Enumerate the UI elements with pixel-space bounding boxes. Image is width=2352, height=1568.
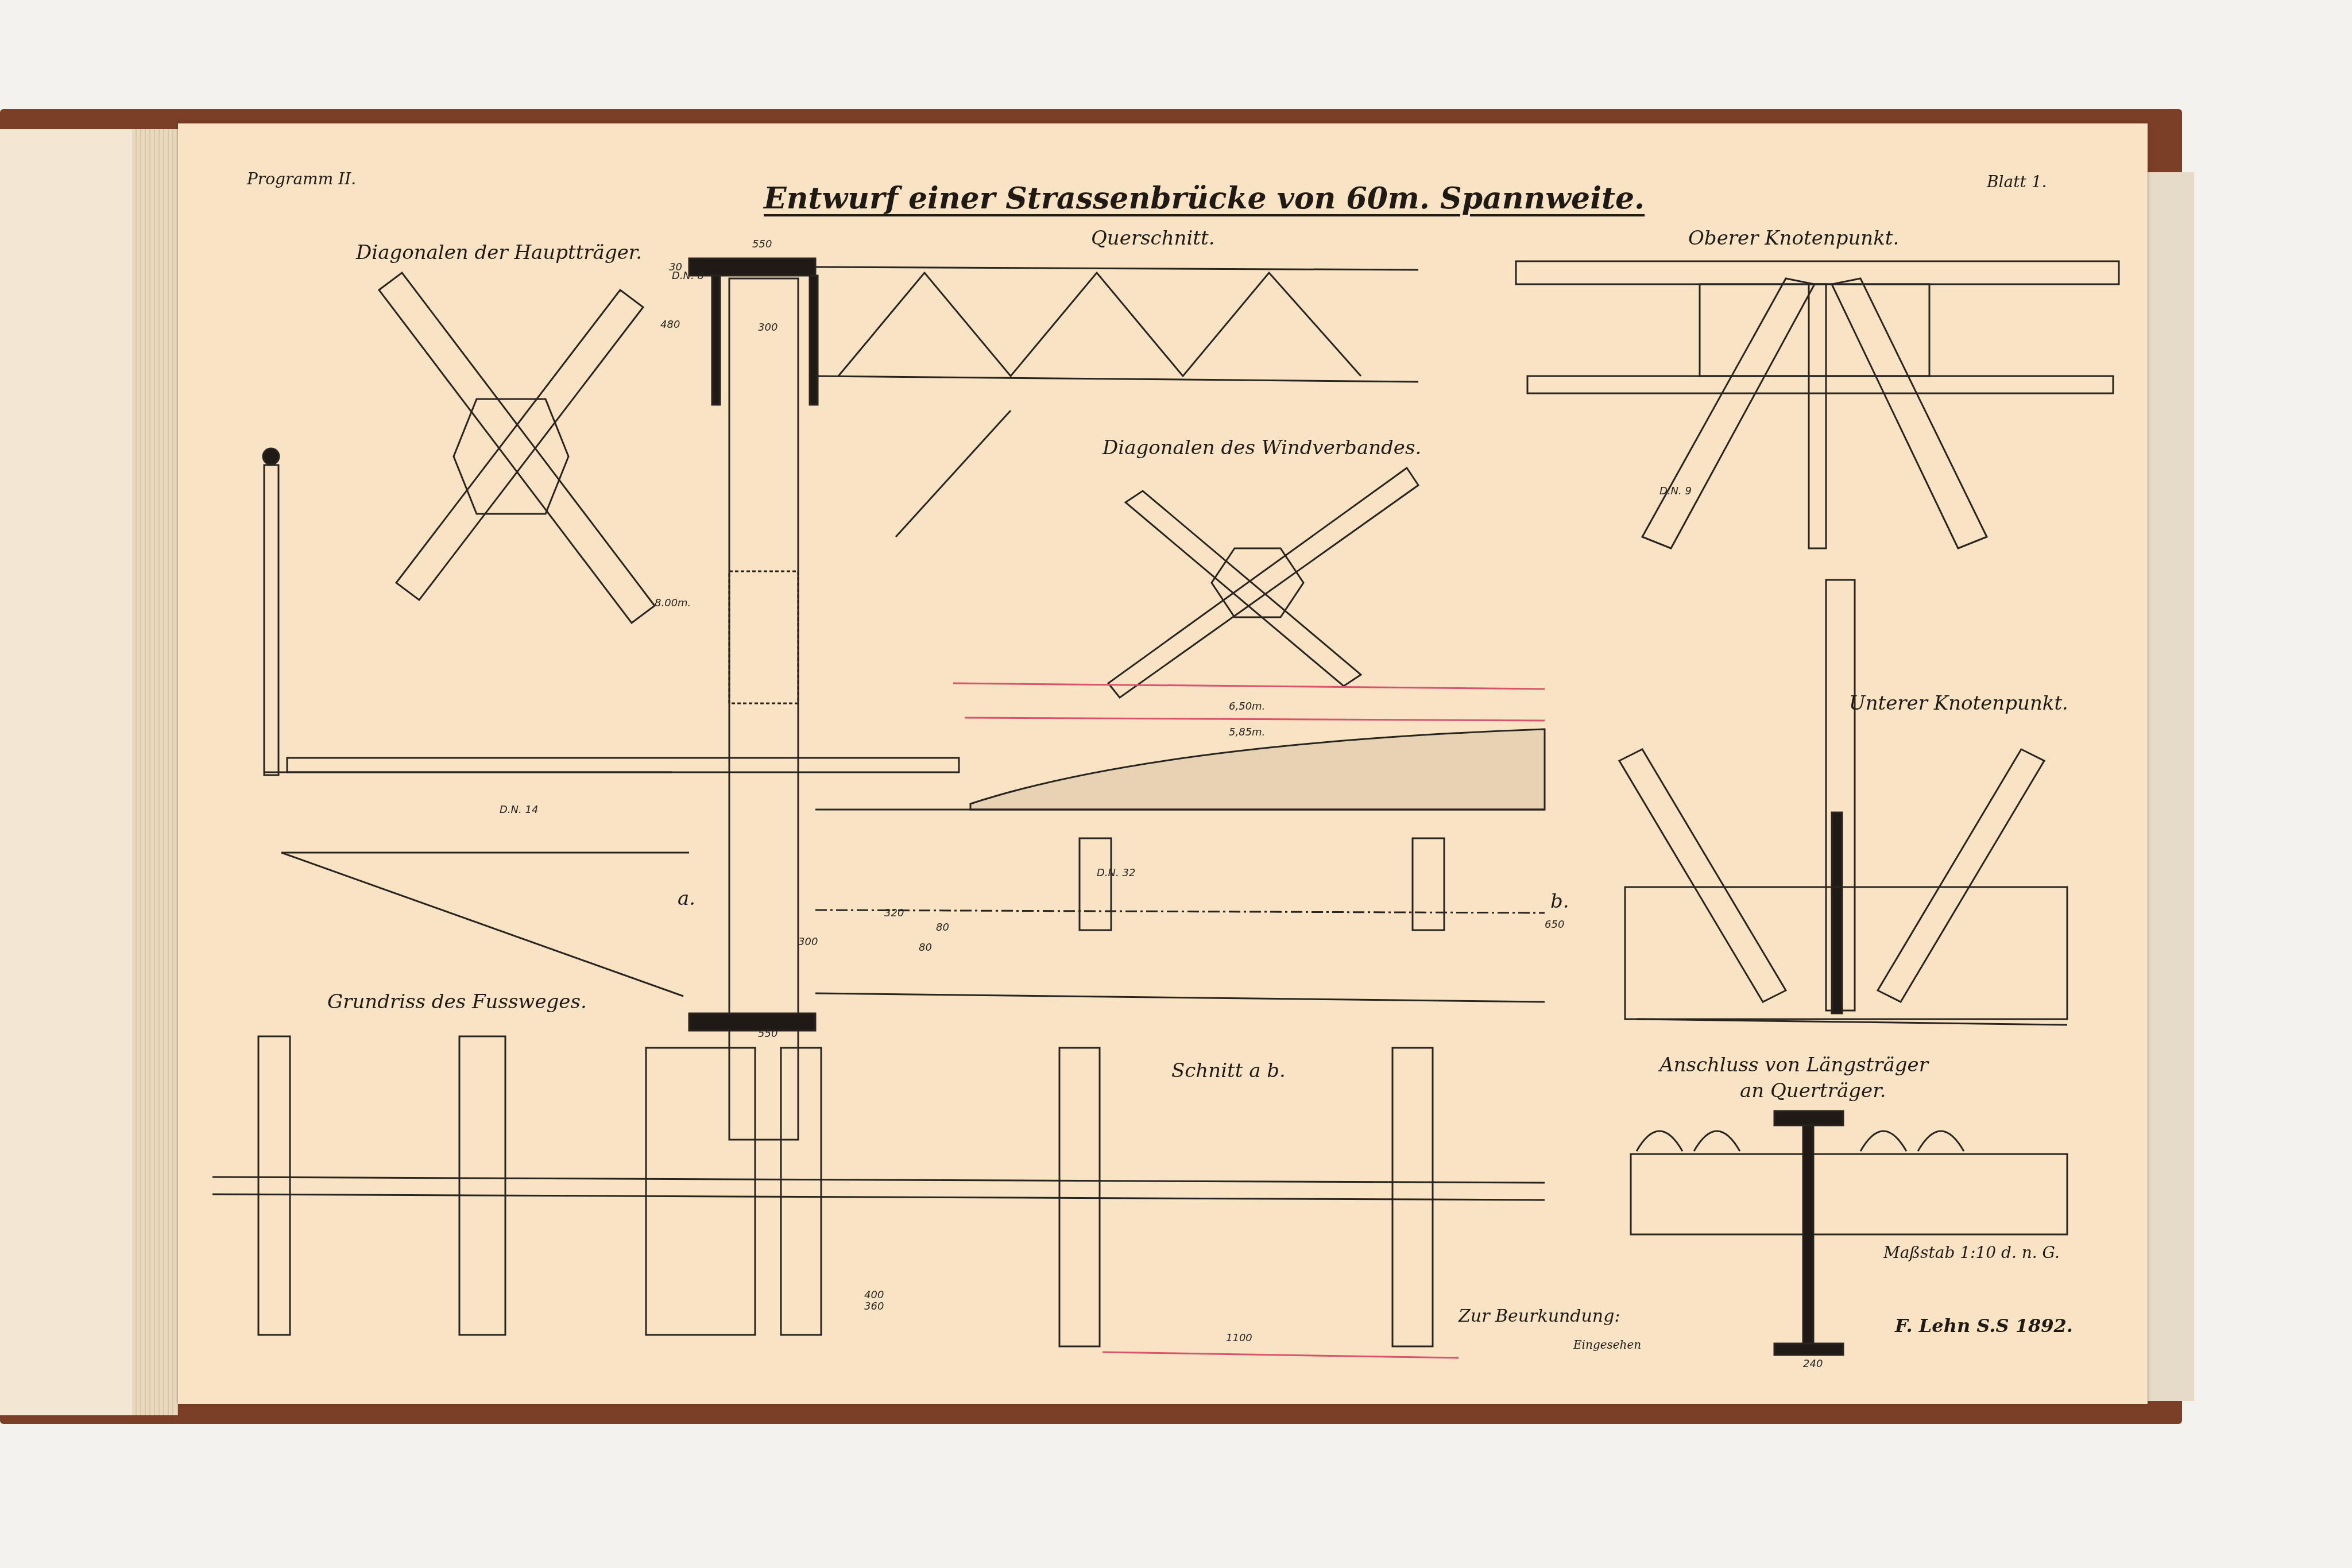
right-page-edge — [2148, 172, 2194, 1401]
page-title: Entwurf einer Strassenbrücke von 60m. Sp… — [764, 181, 1645, 216]
label-lower-node: Unterer Knotenpunkt. — [1849, 692, 2068, 715]
drawing-sheet: Programm II. Entwurf einer Strassenbrück… — [178, 123, 2148, 1404]
upper-node-drawing — [1516, 261, 2119, 548]
sheet-number: Blatt 1. — [1987, 172, 2047, 191]
profile-dn14: D.N. 14 — [500, 804, 538, 816]
label-stringer-connection-2: an Querträger. — [1740, 1079, 1886, 1102]
dim-bottom-width: 550 — [758, 1028, 777, 1040]
dim-height-total: 8.00m. — [655, 597, 691, 609]
technical-drawing — [178, 123, 2148, 1404]
label-stringer-connection-1: Anschluss von Längsträger — [1659, 1054, 1928, 1077]
main-girder-diagonals-drawing — [379, 273, 655, 623]
dim-span-585: 5,85m. — [1229, 726, 1265, 738]
dim-240: 240 — [1803, 1358, 1823, 1370]
label-scale: Maßstab 1:10 d. n. G. — [1883, 1243, 2060, 1262]
dim-span-650: 6,50m. — [1229, 700, 1265, 713]
label-footway-plan: Grundriss des Fussweges. — [327, 990, 587, 1013]
page-edges — [132, 129, 178, 1415]
section-mark-a: a. — [678, 887, 695, 910]
label-cross-section: Querschnitt. — [1091, 227, 1214, 250]
dim-top-inner: 300 — [758, 322, 777, 334]
dim-1100: 1100 — [1226, 1332, 1252, 1344]
seen-note: Eingesehen — [1573, 1338, 1641, 1352]
dim-top-width: 550 — [752, 238, 772, 250]
dim-bottom-inner: 300 — [798, 936, 818, 948]
profile-dn9: D.N. 9 — [1659, 485, 1692, 497]
wind-bracing-drawing — [1108, 468, 1418, 698]
dim-360: 360 — [864, 1300, 884, 1313]
profile-dn32: D.N. 32 — [1097, 867, 1135, 879]
signature: F. Lehn S.S 1892. — [1895, 1315, 2073, 1337]
dim-height-left: 480 — [660, 319, 680, 331]
label-upper-node: Oberer Knotenpunkt. — [1688, 227, 1899, 250]
profile-dn8: D.N. 8 — [672, 270, 704, 282]
dim-650: 650 — [1545, 919, 1564, 931]
dim-400: 400 — [864, 1289, 884, 1301]
cross-section-drawing — [689, 258, 1418, 1140]
dim-pitch-80-b: 80 — [919, 942, 932, 954]
certification-label: Zur Beurkundung: — [1459, 1306, 1620, 1326]
left-page — [0, 129, 144, 1415]
program-label: Programm II. — [247, 169, 356, 188]
label-section-ab: Schnitt a b. — [1171, 1059, 1286, 1082]
label-main-girder-diagonals: Diagonalen der Hauptträger. — [356, 241, 642, 264]
section-mark-b: b. — [1550, 890, 1569, 913]
dim-pitch-320: 320 — [884, 907, 904, 919]
lower-node-drawing — [1619, 580, 2067, 1025]
label-wind-bracing: Diagonalen des Windverbandes. — [1102, 436, 1421, 459]
dim-pitch-80-a: 80 — [936, 922, 949, 934]
